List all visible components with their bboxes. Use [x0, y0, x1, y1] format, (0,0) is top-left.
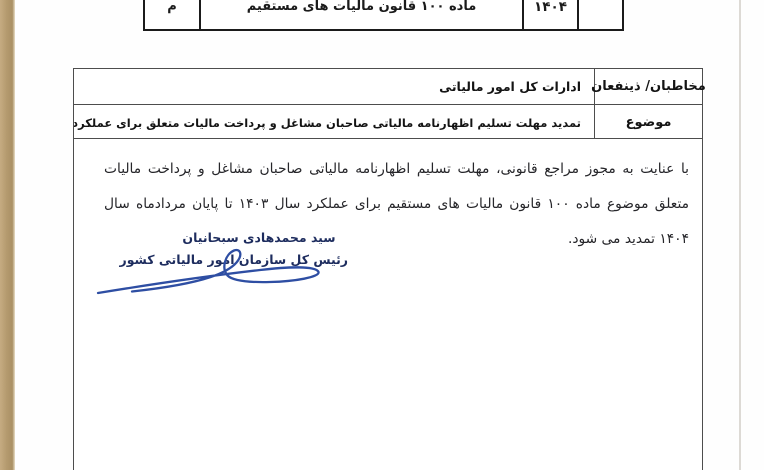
recipients-subject-table: مخاطبان/ ذینفعان ادارات کل امور مالیاتی …	[73, 68, 703, 141]
signature-stroke	[98, 250, 319, 293]
top-cell-meem: م	[145, 0, 201, 29]
recipients-value-cell: ادارات کل امور مالیاتی	[74, 69, 594, 104]
scanned-letter-page: ۱۴۰۴ ماده ۱۰۰ قانون مالیات های مستقیم م …	[0, 0, 764, 470]
subject-header-cell: موضوع	[594, 105, 702, 140]
handwritten-signature-icon	[92, 243, 324, 305]
table-row-subject: موضوع تمدید مهلت تسلیم اظهارنامه مالیاتی…	[74, 104, 702, 140]
top-cell-empty	[579, 0, 622, 29]
top-cell-law-title: ماده ۱۰۰ قانون مالیات های مستقیم	[201, 0, 524, 29]
top-header-table: ۱۴۰۴ ماده ۱۰۰ قانون مالیات های مستقیم م	[143, 0, 624, 31]
letter-body-box: با عنایت به مجوز مراجع قانونی، مهلت تسلی…	[73, 138, 703, 470]
subject-value-cell: تمدید مهلت تسلیم اظهارنامه مالیاتی صاحبا…	[74, 105, 594, 140]
paper-right-edge-line	[739, 0, 741, 470]
table-row-recipients: مخاطبان/ ذینفعان ادارات کل امور مالیاتی	[74, 69, 702, 104]
recipients-header-cell: مخاطبان/ ذینفعان	[594, 69, 702, 104]
top-cell-year: ۱۴۰۴	[524, 0, 579, 29]
photo-background-strip	[0, 0, 15, 470]
